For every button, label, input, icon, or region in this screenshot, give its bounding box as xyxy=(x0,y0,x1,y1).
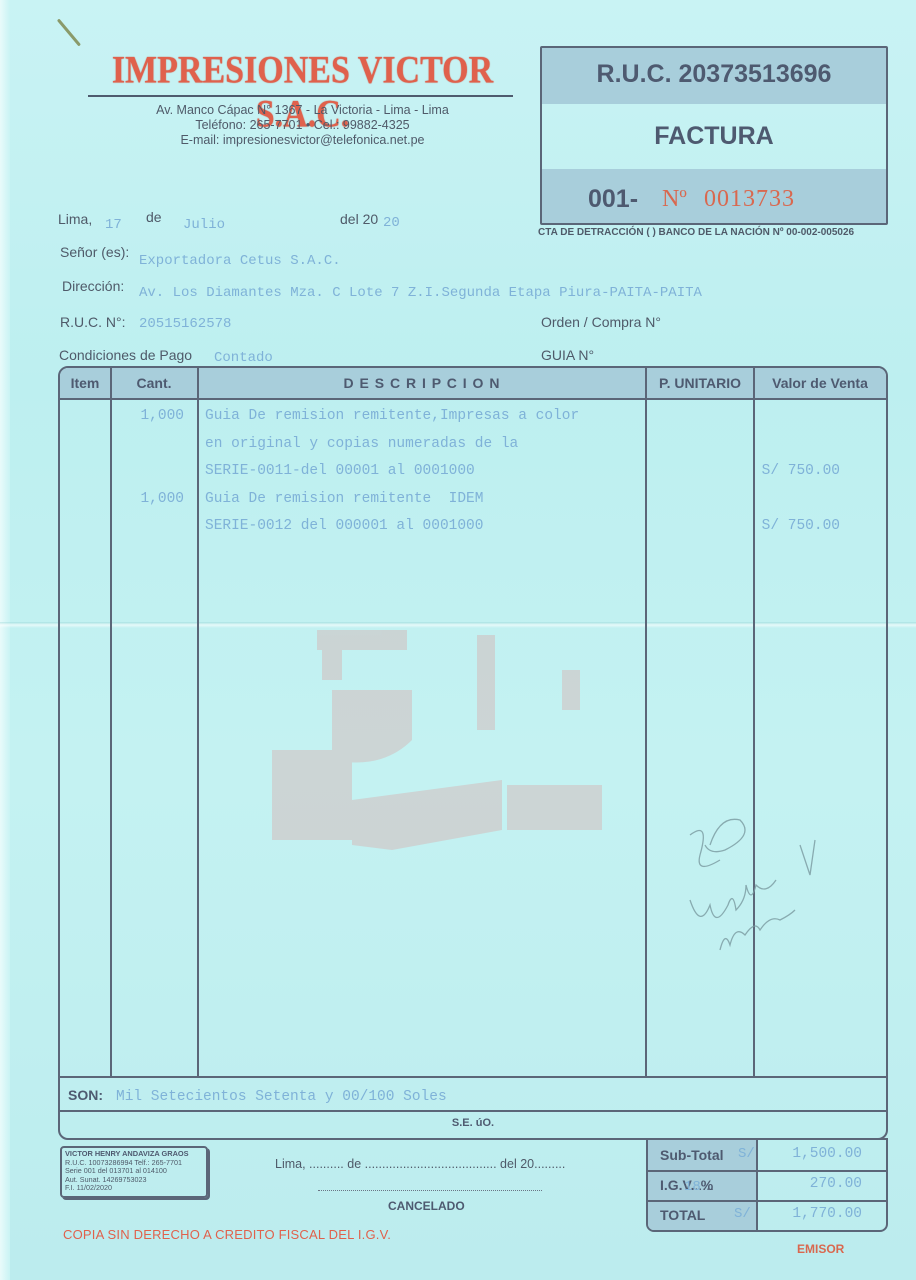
emisor-label: EMISOR xyxy=(797,1242,844,1256)
line-sale-value: S/ 750.00 xyxy=(740,518,840,534)
document-type: FACTURA xyxy=(542,122,886,151)
printer-name: VICTOR HENRY ANDAVIZA GRAOS xyxy=(65,1149,189,1158)
header-p-unitario: P. UNITARIO xyxy=(646,368,754,398)
company-email: E-mail: impresionesvictor@telefonica.net… xyxy=(90,133,515,148)
document-serie: 001- xyxy=(588,185,638,214)
copy-notice: COPIA SIN DERECHO A CREDITO FISCAL DEL I… xyxy=(63,1227,391,1242)
line-description: Guia De remision remitente IDEM xyxy=(205,491,483,507)
line-description: en original y copias numeradas de la xyxy=(205,436,518,452)
company-underline xyxy=(88,95,513,97)
cancelado-label: CANCELADO xyxy=(388,1199,465,1213)
printer-info-stamp: VICTOR HENRY ANDAVIZA GRAOS R.U.C. 10073… xyxy=(60,1146,208,1198)
subtotal-currency: S/ xyxy=(738,1146,755,1162)
header-cant: Cant. xyxy=(110,368,198,398)
year-label: del 20 xyxy=(340,211,378,227)
paper-edge xyxy=(0,0,10,1280)
order-label: Orden / Compra N° xyxy=(541,314,661,330)
amount-in-words: Mil Setecientos Setenta y 00/100 Soles xyxy=(116,1089,447,1105)
total-row: TOTAL S/ 1,770.00 xyxy=(648,1200,886,1230)
igv-value: 270.00 xyxy=(810,1176,862,1192)
date-month: Julio xyxy=(183,217,225,233)
client-name: Exportadora Cetus S.A.C. xyxy=(139,253,341,269)
company-address: Av. Manco Cápac N° 1367 - La Victoria - … xyxy=(90,103,515,118)
line-description: SERIE-0012 del 000001 al 0001000 xyxy=(205,518,483,534)
company-phones: Teléfono: 265-7701 • Cel.: 99882-4325 xyxy=(90,118,515,133)
total-label: TOTAL xyxy=(660,1207,705,1223)
printer-fi: F.I. 11/02/2020 xyxy=(65,1184,203,1193)
date-day: 17 xyxy=(105,217,122,233)
document-number: 0013733 xyxy=(704,186,795,213)
header-valor-venta: Valor de Venta xyxy=(754,368,886,398)
cancel-date-line: Lima, .......... de ....................… xyxy=(275,1157,565,1171)
address-label: Dirección: xyxy=(62,278,124,294)
staple-mark xyxy=(57,19,81,47)
detraccion-account: CTA DE DETRACCIÓN ( ) BANCO DE LA NACIÓN… xyxy=(538,227,854,238)
amount-in-words-row: SON: Mil Setecientos Setenta y 00/100 So… xyxy=(60,1076,886,1112)
header-descripcion: D E S C R I P C I O N xyxy=(198,368,646,398)
payment-terms: Contado xyxy=(214,350,273,366)
issuer-ruc: R.U.C. 20373513696 xyxy=(542,60,886,89)
igv-row: I.G.V......18% 270.00 xyxy=(648,1170,886,1202)
line-quantity: 1,000 xyxy=(112,408,184,424)
header-item: Item xyxy=(60,368,110,398)
de-label: de xyxy=(146,209,162,225)
table-header: Item Cant. D E S C R I P C I O N P. UNIT… xyxy=(60,368,886,400)
company-contact: Av. Manco Cápac N° 1367 - La Victoria - … xyxy=(90,103,515,148)
document-id-box: R.U.C. 20373513696 FACTURA 001- Nº 00137… xyxy=(540,46,888,225)
seuo-note: S.E. úO. xyxy=(60,1117,886,1129)
line-sale-value: S/ 750.00 xyxy=(740,463,840,479)
guia-label: GUIA N° xyxy=(541,347,594,363)
son-label: SON: xyxy=(68,1087,103,1103)
igv-label: I.G.V......18% xyxy=(660,1177,713,1195)
line-description: Guia De remision remitente,Impresas a co… xyxy=(205,408,579,424)
totals-box: Sub-Total S/ 1,500.00 I.G.V......18% 270… xyxy=(646,1138,888,1232)
client-ruc-label: R.U.C. N°: xyxy=(60,314,126,330)
subtotal-row: Sub-Total S/ 1,500.00 xyxy=(648,1140,886,1172)
signature-line xyxy=(318,1190,542,1191)
client-label: Señor (es): xyxy=(60,244,129,260)
date-year: 20 xyxy=(383,215,400,231)
subtotal-value: 1,500.00 xyxy=(792,1146,862,1162)
items-table: Item Cant. D E S C R I P C I O N P. UNIT… xyxy=(58,366,888,1140)
number-label: Nº xyxy=(662,186,687,213)
igv-rate: 18 xyxy=(684,1179,701,1195)
total-currency: S/ xyxy=(734,1206,751,1222)
total-value: 1,770.00 xyxy=(792,1206,862,1222)
line-description: SERIE-0011-del 00001 al 0001000 xyxy=(205,463,475,479)
handwritten-signature-icon xyxy=(670,805,870,975)
client-address: Av. Los Diamantes Mza. C Lote 7 Z.I.Segu… xyxy=(139,285,702,301)
payment-label: Condiciones de Pago xyxy=(59,347,192,363)
place-label: Lima, xyxy=(58,211,92,227)
line-quantity: 1,000 xyxy=(112,491,184,507)
subtotal-label: Sub-Total xyxy=(660,1147,724,1163)
client-ruc: 20515162578 xyxy=(139,316,231,332)
